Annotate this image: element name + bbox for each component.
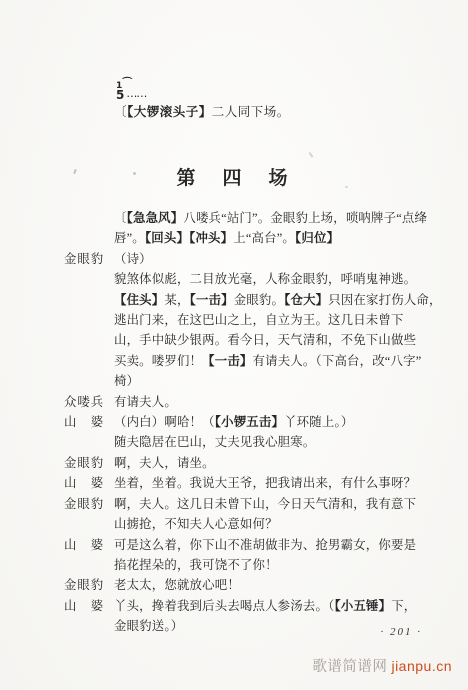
speaker-name: 金眼豹 bbox=[64, 453, 106, 473]
script-line: 貌煞体似彪，二目放光毫，人称金眼豹，呼哨鬼神逃。 bbox=[114, 269, 454, 289]
script-block: 〔【急急风】八喽兵“站门”。金眼豹上场，唢呐牌子“点绛唇”。【回头】【冲头】上“… bbox=[64, 208, 454, 249]
scene-title: 第 四 场 bbox=[0, 163, 468, 190]
speaker-name: 山 婆 bbox=[64, 596, 106, 616]
scan-artifact bbox=[345, 186, 348, 188]
speaker-name: 众喽兵 bbox=[64, 392, 106, 412]
scan-artifact bbox=[133, 172, 136, 175]
script-line: 买卖。喽罗们！【一击】有请夫人。（下高台，改“八字” bbox=[114, 351, 454, 371]
script-line: 逃出门来，在这巴山之上，自立为王。这几日未曾下 bbox=[114, 310, 454, 330]
script-block: 金眼豹啊，夫人，请坐。 bbox=[64, 453, 454, 473]
script-line: 唇”。【回头】【冲头】上“高台”。【归位】 bbox=[114, 228, 454, 248]
music-note: 5…… bbox=[116, 90, 144, 101]
music-continuation-dots: …… bbox=[126, 87, 146, 100]
script-line: 山掳抢，不知夫人心意如何？ bbox=[114, 514, 454, 534]
speech-text: （内白）啊哈！（【小锣五击】丫环随上。）随夫隐居在巴山，丈夫见我心胆寒。 bbox=[114, 412, 454, 453]
script-line: 掐花捏朵的，我可饶不了你！ bbox=[114, 555, 454, 575]
script-line: 椅） bbox=[114, 371, 454, 391]
script-block: 山 婆（内白）啊哈！（【小锣五击】丫环随上。）随夫隐居在巴山，丈夫见我心胆寒。 bbox=[64, 412, 454, 453]
script-block: 金眼豹（诗）貌煞体似彪，二目放光毫，人称金眼豹，呼哨鬼神逃。【住头】某，【一击】… bbox=[64, 249, 454, 392]
speech-text: 老太太，您就放心吧！ bbox=[114, 575, 454, 595]
speech-text: 啊，夫人。这几日未曾下山，今日天气清和，我有意下山掳抢，不知夫人心意如何？ bbox=[114, 494, 454, 535]
script-line: 随夫隐居在巴山，丈夫见我心胆寒。 bbox=[114, 432, 454, 452]
music-notation-fragment: 1⌒ 5…… bbox=[116, 82, 144, 101]
watermark-site-name: 歌谱简谱网 bbox=[312, 659, 387, 675]
script-line: 可是这么着，你下山不准胡做非为、抢男霸女，你要是 bbox=[114, 535, 454, 555]
watermark-domain: jianpu.cn bbox=[391, 658, 452, 674]
script-line: 啊，夫人。这几日未曾下山，今日天气清和，我有意下 bbox=[114, 494, 454, 514]
watermark: 歌谱简谱网 jianpu.cn bbox=[312, 655, 452, 676]
speaker-name: 山 婆 bbox=[64, 535, 106, 555]
script-block: 山 婆坐着，坐着。我说大王爷，把我请出来，有什么事呀？ bbox=[64, 473, 454, 493]
stage-direction-top: 〔【大锣滚头子】二人同下场。 bbox=[114, 102, 290, 120]
script-block: 山 婆可是这么着，你下山不准胡做非为、抢男霸女，你要是掐花捏朵的，我可饶不了你！ bbox=[64, 535, 454, 576]
speaker-name: 山 婆 bbox=[64, 412, 106, 432]
script-block: 金眼豹老太太，您就放心吧！ bbox=[64, 575, 454, 595]
book-page: 1⌒ 5…… 〔【大锣滚头子】二人同下场。 第 四 场 〔【急急风】八喽兵“站门… bbox=[0, 0, 468, 690]
script-line: 有请夫人。 bbox=[114, 392, 454, 412]
script-line: （内白）啊哈！（【小锣五击】丫环随上。） bbox=[114, 412, 454, 432]
scan-artifact bbox=[308, 152, 313, 158]
speech-text: 可是这么着，你下山不准胡做非为、抢男霸女，你要是掐花捏朵的，我可饶不了你！ bbox=[114, 535, 454, 576]
page-number: · 201 · bbox=[381, 626, 423, 638]
speech-text: （诗）貌煞体似彪，二目放光毫，人称金眼豹，呼哨鬼神逃。【住头】某，【一击】金眼豹… bbox=[114, 249, 454, 392]
speaker-name: 金眼豹 bbox=[64, 575, 106, 595]
script-line: 啊，夫人，请坐。 bbox=[114, 453, 454, 473]
speech-text: 坐着，坐着。我说大王爷，把我请出来，有什么事呀？ bbox=[114, 473, 454, 493]
script-line: 山，手中缺少银两。看今日，天气清和，不免下山做些 bbox=[114, 330, 454, 350]
script-block: 金眼豹啊，夫人。这几日未曾下山，今日天气清和，我有意下山掳抢，不知夫人心意如何？ bbox=[64, 494, 454, 535]
speech-text: 〔【急急风】八喽兵“站门”。金眼豹上场，唢呐牌子“点绛唇”。【回头】【冲头】上“… bbox=[114, 208, 454, 249]
speaker-name: 金眼豹 bbox=[64, 494, 106, 514]
speech-text: 啊，夫人，请坐。 bbox=[114, 453, 454, 473]
script-line: （诗） bbox=[114, 249, 454, 269]
script-line: 【住头】某，【一击】金眼豹。【仓大】只因在家打伤人命， bbox=[114, 290, 454, 310]
script-block: 众喽兵有请夫人。 bbox=[64, 392, 454, 412]
script-line: 坐着，坐着。我说大王爷，把我请出来，有什么事呀？ bbox=[114, 473, 454, 493]
speech-text: 有请夫人。 bbox=[114, 392, 454, 412]
script-body: 〔【急急风】八喽兵“站门”。金眼豹上场，唢呐牌子“点绛唇”。【回头】【冲头】上“… bbox=[64, 208, 454, 637]
speaker-name: 金眼豹 bbox=[64, 249, 106, 269]
script-line: 老太太，您就放心吧！ bbox=[114, 575, 454, 595]
speaker-name: 山 婆 bbox=[64, 473, 106, 493]
script-line: 丫头，搀着我到后头去喝点人参汤去。（【小五锤】下， bbox=[114, 596, 454, 616]
script-line: 〔【急急风】八喽兵“站门”。金眼豹上场，唢呐牌子“点绛 bbox=[114, 208, 454, 228]
